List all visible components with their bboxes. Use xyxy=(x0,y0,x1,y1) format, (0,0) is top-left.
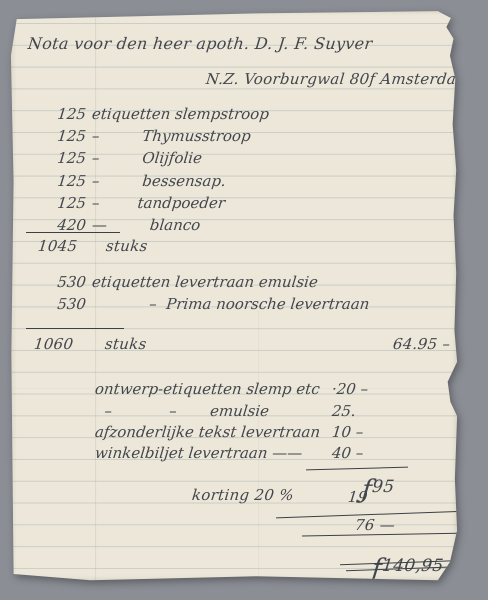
item-row: 125 – Thymusstroop xyxy=(10,127,458,147)
item-qty: 125 xyxy=(31,194,87,212)
paper: Nota voor den heer apoth. D. J. F. Suyve… xyxy=(10,10,458,582)
subtotal-row: 1060 stuks 64.95 – xyxy=(10,335,458,355)
subtotal-qty: 1045 xyxy=(37,237,78,255)
charge-desc: winkelbiljet levertraan —— xyxy=(94,444,303,462)
charge-desc: ontwerp-etiquetten slemp etc xyxy=(94,380,321,398)
charge-amount: 10 – xyxy=(331,423,364,441)
item-desc: – Thymusstroop xyxy=(91,127,252,145)
charge-desc: – – emulsie xyxy=(94,402,270,420)
item-desc: – bessensap. xyxy=(91,172,227,190)
subtotal-label: stuks xyxy=(104,335,148,353)
charges-subtotal-amount: 95 xyxy=(371,477,395,497)
item-qty: 125 xyxy=(31,172,87,190)
item-qty: 530 xyxy=(31,273,87,291)
subtotal-qty: 1060 xyxy=(33,335,74,353)
grand-total-amount: 140,95 xyxy=(381,556,444,576)
sum-rule xyxy=(26,328,124,329)
item-row: 125 – tandpoeder xyxy=(10,194,458,214)
item-row: 530 – Prima noorsche levertraan xyxy=(10,295,458,315)
item-row: 125 – Olijfolie xyxy=(10,149,458,169)
item-qty: 125 xyxy=(31,149,87,167)
charge-desc: afzonderlijke tekst levertraan xyxy=(94,423,321,441)
subtotal-row: 1045 stuks xyxy=(10,237,458,257)
item-row: 125 – bessensap. xyxy=(10,172,458,192)
after-discount-amount: 76 — xyxy=(354,516,396,534)
subtotal-amount: 64.95 – xyxy=(392,335,451,353)
grand-total: ƒ140,95 xyxy=(335,536,447,596)
charge-row: ontwerp-etiquetten slemp etc ·20 – xyxy=(10,380,458,400)
charge-amount: 25. xyxy=(331,402,357,420)
discount-amount: 19 xyxy=(347,488,369,506)
item-qty: 125 xyxy=(31,105,87,123)
charge-amount: ·20 – xyxy=(331,380,369,398)
item-row: 125 etiquetten slempstroop xyxy=(10,105,458,125)
header-line2: N.Z. Voorburgwal 80f Amsterdam — xyxy=(205,70,488,88)
item-desc: – Olijfolie xyxy=(91,149,203,167)
item-desc: etiquetten levertraan emulsie xyxy=(91,273,319,291)
paper-wrapper: Nota voor den heer apoth. D. J. F. Suyve… xyxy=(10,10,458,582)
charge-row: afzonderlijke tekst levertraan 10 – xyxy=(10,423,458,443)
item-qty: 530 xyxy=(31,295,87,313)
item-desc: – Prima noorsche levertraan xyxy=(91,295,370,313)
charges-subtotal: ƒ95 xyxy=(325,457,398,517)
discount-label: korting 20 % xyxy=(191,486,295,504)
item-row: 530 etiquetten levertraan emulsie xyxy=(10,273,458,293)
header-line1: Nota voor den heer apoth. D. J. F. Suyve… xyxy=(27,34,373,53)
subtotal-label: stuks xyxy=(105,237,149,255)
item-desc: – tandpoeder xyxy=(91,194,226,212)
item-desc: etiquetten slempstroop xyxy=(91,105,270,123)
item-qty: 125 xyxy=(31,127,87,145)
sum-rule xyxy=(26,232,120,233)
item-row: 420 — blanco xyxy=(10,216,458,236)
charge-row: – – emulsie 25. xyxy=(10,402,458,422)
